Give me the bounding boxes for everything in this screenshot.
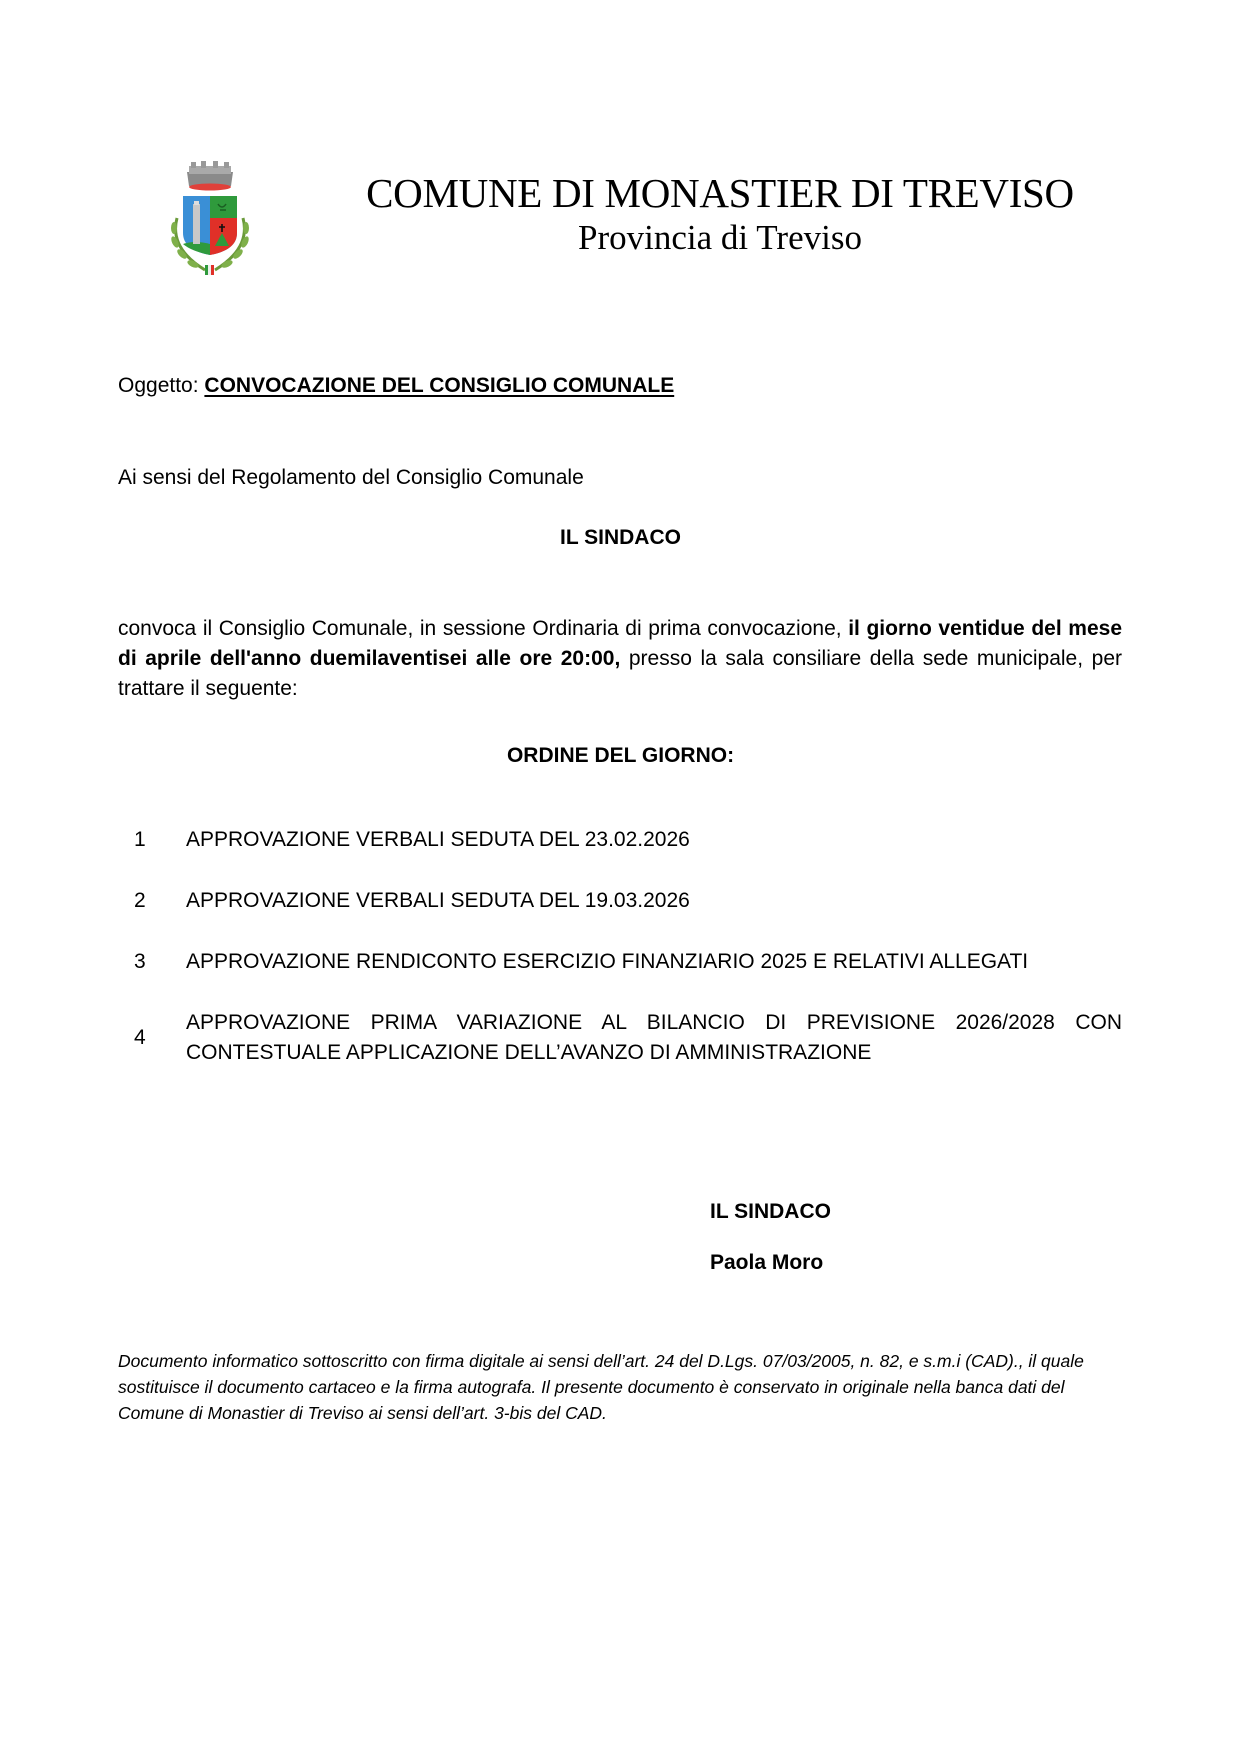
agenda-item: 1 APPROVAZIONE VERBALI SEDUTA DEL 23.02.… — [118, 825, 1122, 855]
agenda-item: 2 APPROVAZIONE VERBALI SEDUTA DEL 19.03.… — [118, 886, 1122, 916]
subject-value: CONVOCAZIONE DEL CONSIGLIO COMUNALE — [204, 374, 674, 397]
agenda-item-number: 2 — [118, 886, 186, 916]
agenda-item-text: APPROVAZIONE PRIMA VARIAZIONE AL BILANCI… — [186, 1008, 1122, 1068]
municipality-title: COMUNE DI MONASTIER DI TREVISO — [300, 170, 1140, 216]
convocation-paragraph: convoca il Consiglio Comunale, in sessio… — [118, 614, 1122, 704]
document-page: COMUNE DI MONASTIER DI TREVISO Provincia… — [0, 0, 1241, 1755]
municipal-coat-of-arms-icon — [165, 158, 255, 283]
convocation-text-start: convoca il Consiglio Comunale, in sessio… — [118, 617, 848, 640]
signatory-role: IL SINDACO — [710, 1197, 831, 1227]
agenda-item: 3 APPROVAZIONE RENDICONTO ESERCIZIO FINA… — [118, 947, 1122, 977]
agenda-item-number: 4 — [118, 1023, 186, 1053]
subject-label: Oggetto: — [118, 374, 199, 397]
subject-line: Oggetto: CONVOCAZIONE DEL CONSIGLIO COMU… — [118, 371, 674, 401]
digital-signature-notice: Documento informatico sottoscritto con f… — [118, 1348, 1128, 1426]
agenda-heading: ORDINE DEL GIORNO: — [0, 741, 1241, 771]
issuer-heading: IL SINDACO — [0, 523, 1241, 553]
province-subtitle: Provincia di Treviso — [300, 218, 1140, 258]
agenda-item-text: APPROVAZIONE VERBALI SEDUTA DEL 19.03.20… — [186, 886, 1122, 916]
agenda-item-number: 1 — [118, 825, 186, 855]
agenda-item: 4 APPROVAZIONE PRIMA VARIAZIONE AL BILAN… — [118, 1008, 1122, 1068]
agenda-item-text: APPROVAZIONE VERBALI SEDUTA DEL 23.02.20… — [186, 825, 1122, 855]
signatory-name: Paola Moro — [710, 1248, 823, 1278]
agenda-item-text: APPROVAZIONE RENDICONTO ESERCIZIO FINANZ… — [186, 947, 1122, 977]
agenda-list: 1 APPROVAZIONE VERBALI SEDUTA DEL 23.02.… — [118, 825, 1122, 1068]
agenda-item-number: 3 — [118, 947, 186, 977]
regulation-reference: Ai sensi del Regolamento del Consiglio C… — [118, 463, 584, 493]
